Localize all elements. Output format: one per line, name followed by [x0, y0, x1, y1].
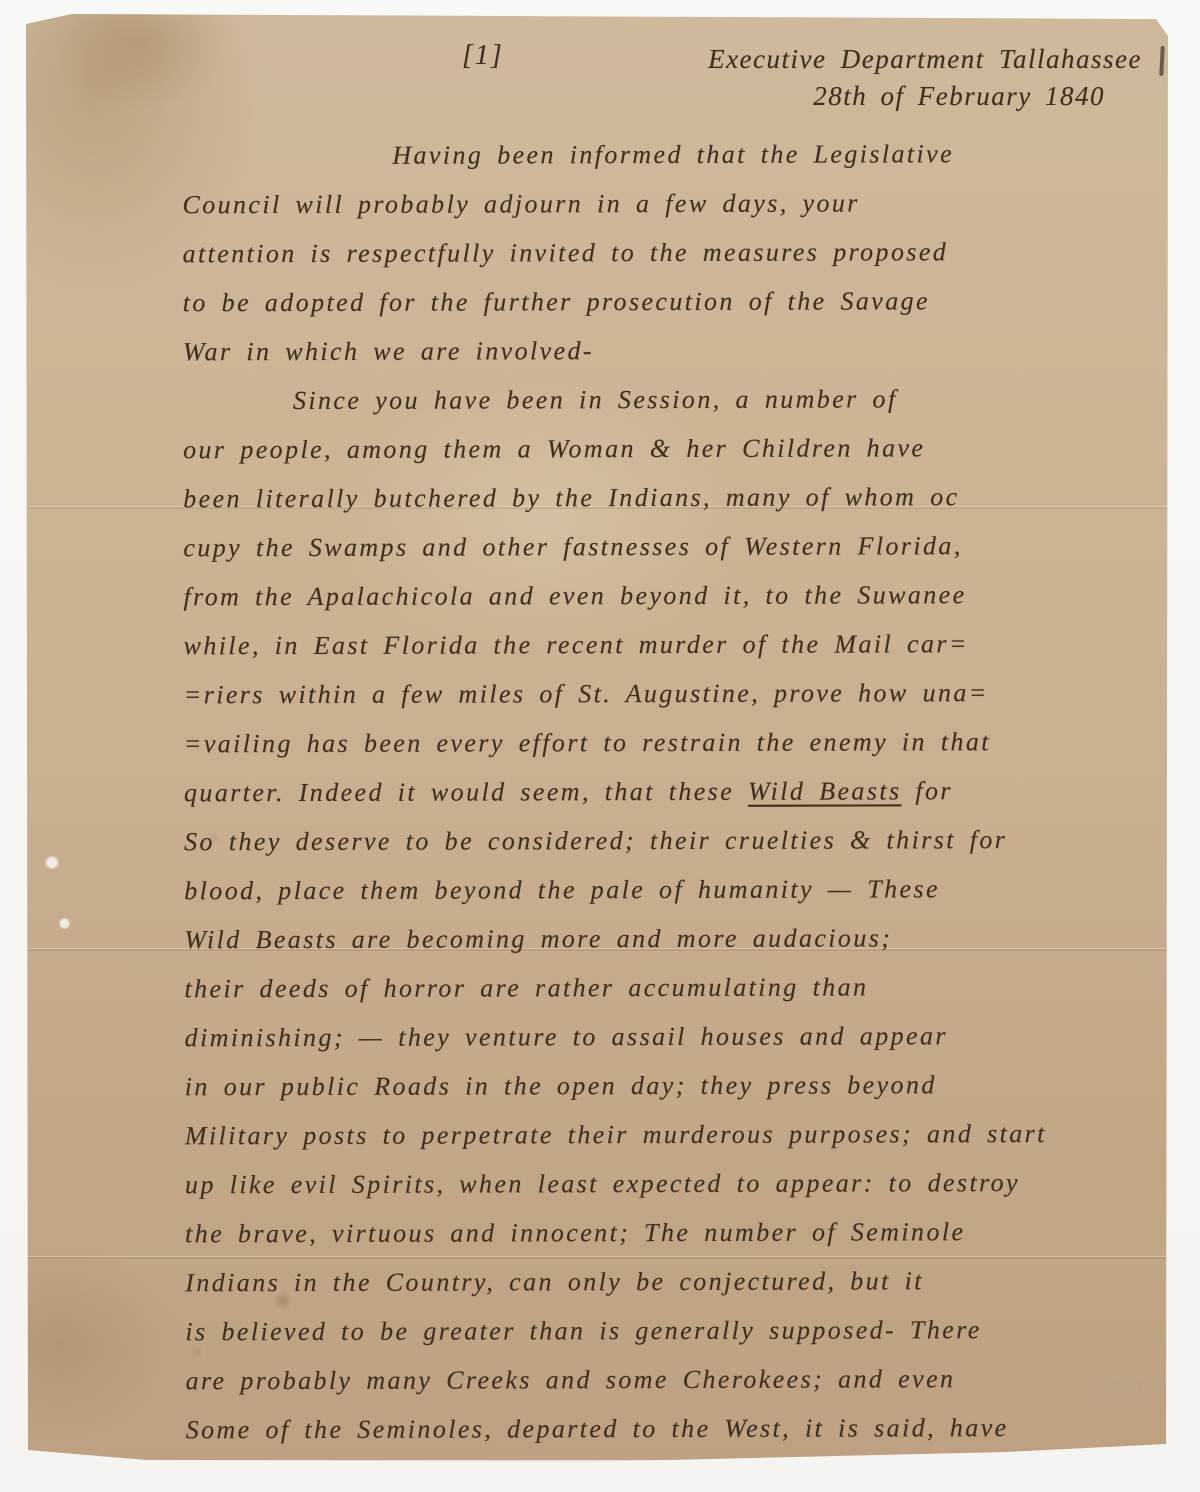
manuscript-line: been literally butchered by the Indians,… [183, 472, 1163, 524]
text-segment: while, in East Florida the recent murder… [184, 629, 969, 660]
ink-smudge [1159, 46, 1165, 76]
manuscript-line: Indians in the Country, can only be conj… [185, 1256, 1165, 1308]
manuscript-line: attention is respectfully invited to the… [183, 227, 1163, 279]
text-segment: =vailing has been every effort to restra… [184, 727, 991, 758]
manuscript-line: quarter. Indeed it would seem, that thes… [184, 766, 1164, 818]
manuscript-line: Council will probably adjourn in a few d… [182, 178, 1162, 230]
text-segment: their deeds of horror are rather accumul… [184, 972, 868, 1003]
manuscript-line: are probably many Creeks and some Cherok… [185, 1354, 1165, 1406]
archival-annotation: 27/33 A [1098, 1377, 1162, 1400]
paper-damage-speck [44, 856, 60, 869]
manuscript-line: Some of the Seminoles, departed to the W… [186, 1403, 1166, 1455]
manuscript-line: to be adopted for the further prosecutio… [183, 276, 1163, 328]
manuscript-line: cupy the Swamps and other fastnesses of … [183, 521, 1163, 573]
scanner-background: [1] Executive Department Tallahassee 28t… [0, 0, 1200, 1492]
text-segment: been literally butchered by the Indians,… [183, 482, 959, 513]
text-segment: Some of the Seminoles, departed to the W… [186, 1413, 1009, 1444]
manuscript-line: diminishing; — they venture to assail ho… [185, 1011, 1165, 1063]
manuscript-line: from the Apalachicola and even beyond it… [183, 570, 1163, 622]
text-segment: up like evil Spirits, when least expecte… [185, 1168, 1020, 1199]
manuscript-line: Military posts to perpetrate their murde… [185, 1109, 1165, 1161]
text-segment: So they deserve to be considered; their … [184, 825, 1007, 856]
manuscript-line: Having been informed that the Legislativ… [182, 129, 1162, 181]
letter-body: Having been informed that the Legislativ… [182, 129, 1165, 1455]
manuscript-line: our people, among them a Woman & her Chi… [183, 423, 1163, 475]
text-segment: quarter. Indeed it would seem, that thes… [184, 777, 748, 807]
manuscript-page: [1] Executive Department Tallahassee 28t… [26, 14, 1168, 1460]
text-segment: cupy the Swamps and other fastnesses of … [183, 531, 962, 562]
manuscript-line: is believed to be greater than is genera… [185, 1305, 1165, 1357]
text-segment: the brave, virtuous and innocent; The nu… [185, 1217, 965, 1248]
letterhead-place: Executive Department Tallahassee [708, 44, 1142, 75]
text-segment: Having been informed that the Legislativ… [392, 139, 954, 169]
manuscript-line: War in which we are involved- [183, 325, 1163, 377]
text-segment: =riers within a few miles of St. Augusti… [184, 678, 989, 709]
page-number-label: [1] [462, 40, 504, 72]
manuscript-line: up like evil Spirits, when least expecte… [185, 1158, 1165, 1210]
text-segment: to be adopted for the further prosecutio… [183, 286, 930, 317]
manuscript-line: the brave, virtuous and innocent; The nu… [185, 1207, 1165, 1259]
text-segment: Since you have been in Session, a number… [293, 384, 898, 415]
text-segment: from the Apalachicola and even beyond it… [183, 580, 966, 611]
manuscript-line: their deeds of horror are rather accumul… [184, 962, 1164, 1014]
text-segment: Military posts to perpetrate their murde… [185, 1119, 1047, 1150]
text-segment: War in which we are involved- [183, 336, 594, 366]
manuscript-line: in our public Roads in the open day; the… [185, 1060, 1165, 1112]
manuscript-line: =riers within a few miles of St. Augusti… [184, 668, 1164, 720]
text-segment: for [901, 776, 953, 805]
manuscript-line: Since you have been in Session, a number… [183, 374, 1163, 426]
text-segment: are probably many Creeks and some Cherok… [186, 1364, 956, 1395]
text-segment: is believed to be greater than is genera… [185, 1315, 981, 1346]
manuscript-line: blood, place them beyond the pale of hum… [184, 864, 1164, 916]
paper-damage-speck [58, 918, 71, 929]
manuscript-line: So they deserve to be considered; their … [184, 815, 1164, 867]
text-segment: Council will probably adjourn in a few d… [182, 189, 859, 220]
text-segment: diminishing; — they venture to assail ho… [185, 1021, 948, 1052]
underlined-phrase: Wild Beasts [748, 776, 902, 805]
letterhead: Executive Department Tallahassee 28th of… [708, 44, 1142, 112]
manuscript-line: while, in East Florida the recent murder… [184, 619, 1164, 671]
letterhead-date: 28th of February 1840 [708, 81, 1105, 112]
text-segment: Wild Beasts are becoming more and more a… [184, 923, 892, 954]
text-segment: in our public Roads in the open day; the… [185, 1070, 937, 1101]
text-segment: Indians in the Country, can only be conj… [185, 1266, 924, 1297]
text-segment: our people, among them a Woman & her Chi… [183, 433, 925, 464]
text-segment: attention is respectfully invited to the… [183, 237, 949, 268]
manuscript-line: =vailing has been every effort to restra… [184, 717, 1164, 769]
text-segment: blood, place them beyond the pale of hum… [184, 874, 940, 905]
manuscript-line: Wild Beasts are becoming more and more a… [184, 913, 1164, 965]
